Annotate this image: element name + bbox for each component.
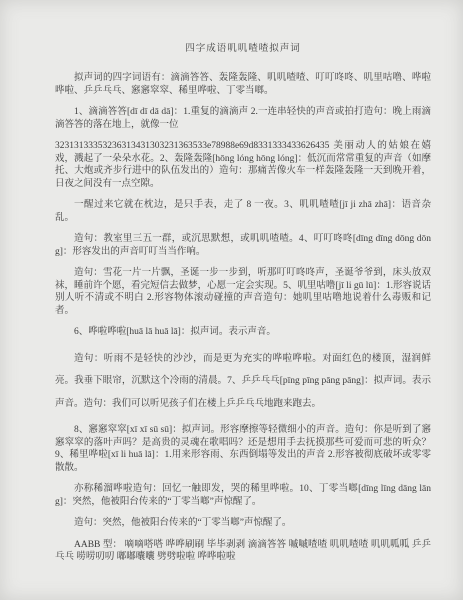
paragraph: AABB 型： 嘀嘀嗒嗒 哗哗刷刷 毕毕剥剥 滴滴答答 嘁嘁喳喳 叽叽喳喳 叽叽… [55,539,431,564]
paragraph: 造句：教室里三五一群，或沉思默想，或叽叽喳喳。4、叮叮咚咚[dīng dīng … [55,233,431,258]
document-body: 拟声词的四字词语有：滴滴答答、轰隆轰隆、叽叽喳喳、叮叮咚咚、叽里咕噜、哗啦哗啦、… [55,72,431,564]
paragraph: 32313133353236313431303231363533e78988e6… [55,140,431,190]
paragraph: 造句：突然，他被阳台传来的“丁零当啷”声惊醒了。 [55,517,431,530]
paragraph: 6、哗啦哗啦[huā lā huā lā]：拟声词。表示声音。 [55,326,431,339]
paragraph: 拟声词的四字词语有：滴滴答答、轰隆轰隆、叽叽喳喳、叮叮咚咚、叽里咕噜、哗啦哗啦、… [55,72,431,97]
paragraph: 造句：听雨不是轻快的沙沙，而是更为充实的哗啦哗啦。对面红色的楼顶，湿润鲜亮。我垂… [55,348,431,416]
document-title: 四字成语叽叽喳喳拟声词 [55,40,431,54]
paragraph: 8、窸窸窣窣[xī xī sū sū]：拟声词。形容摩擦等轻微细小的声音。造句：… [55,424,431,474]
paragraph: 造句：雪花一片一片飘，圣诞一步一步到，听那叮叮咚咚声，圣诞爷爷到，床头放双袜，睡… [55,267,431,317]
paragraph: 1、滴滴答答[dī dī dā dā]：1.重复的滴滴声 2.一连串轻快的声音或… [55,106,431,131]
document-page: 四字成语叽叽喳喳拟声词 拟声词的四字词语有：滴滴答答、轰隆轰隆、叽叽喳喳、叮叮咚… [0,0,463,600]
paragraph: 一醒过来它就在枕边，是只手表，走了 8 一夜。3、叽叽喳喳[jī ji zhā … [55,199,431,224]
paragraph: 亦称稀溜哗啦造句：回忆一触即发，哭的稀里哗啦。10、丁零当啷[dīng līng… [55,483,431,508]
